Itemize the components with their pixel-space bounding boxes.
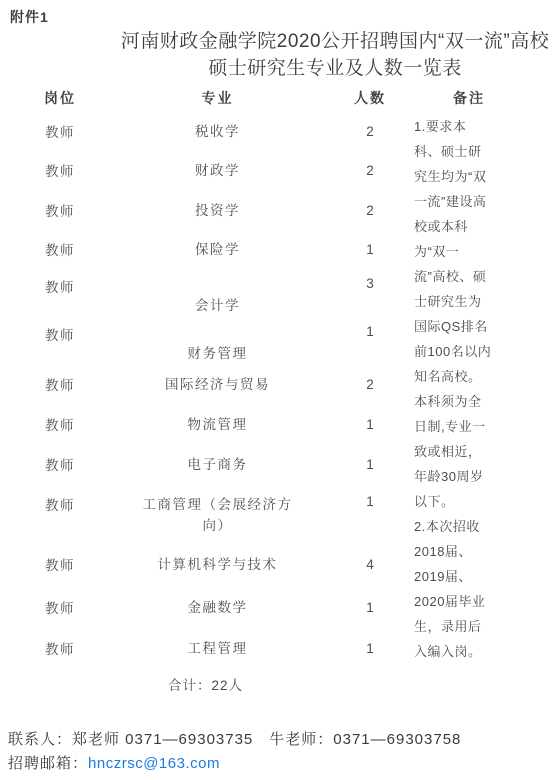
major-cell: 财政学 [120, 150, 315, 190]
count-cell: 2 [315, 112, 425, 150]
attachment-label: 附件1 [10, 7, 49, 27]
major-cell: 会计学 [120, 268, 315, 316]
table-header-row: 岗位 专业 人数 备注 [0, 84, 560, 112]
major-cell: 工商管理（会展经济方 向） [120, 484, 315, 542]
major-cell: 工程管理 [120, 628, 315, 668]
total-label: 合计：22人 [168, 674, 243, 694]
position-cell: 教师 [0, 404, 120, 444]
major-cell: 物流管理 [120, 404, 315, 444]
major-cell: 电子商务 [120, 444, 315, 484]
count-cell: 2 [315, 150, 425, 190]
count-cell: 1 [315, 586, 425, 628]
count-cell: 3 [315, 268, 425, 316]
count-cell: 1 [315, 628, 425, 668]
count-cell: 2 [315, 190, 425, 230]
count-cell: 1 [315, 230, 425, 268]
position-cell: 教师 [0, 364, 120, 404]
position-cell: 教师 [0, 586, 120, 628]
position-cell: 教师 [0, 268, 120, 316]
position-cell: 教师 [0, 150, 120, 190]
position-cell: 教师 [0, 190, 120, 230]
position-cell: 教师 [0, 444, 120, 484]
major-cell: 保险学 [120, 230, 315, 268]
header-count: 人数 [315, 84, 425, 112]
email-label: 招聘邮箱： [8, 755, 88, 772]
major-cell: 财务管理 [120, 316, 315, 364]
count-cell: 2 [315, 364, 425, 404]
position-cell: 教师 [0, 484, 120, 542]
major-cell: 金融数学 [120, 586, 315, 628]
count-cell: 4 [315, 542, 425, 586]
remarks-column: 1.要求本 科、硕士研 究生均为“双 一流”建设高 校或本科 为“双一 流”高校… [414, 114, 542, 664]
email-link[interactable]: hnczrsc@163.com [88, 755, 220, 772]
count-cell: 1 [315, 316, 425, 364]
major-cell: 国际经济与贸易 [120, 364, 315, 404]
position-cell: 教师 [0, 628, 120, 668]
count-cell: 1 [315, 484, 425, 542]
email-line: 招聘邮箱：hnczrsc@163.com [8, 752, 556, 776]
document-page: 附件1 河南财政金融学院2020公开招聘国内“双一流”高校 硕士研究生专业及人数… [0, 0, 560, 780]
major-cell: 计算机科学与技术 [120, 542, 315, 586]
position-cell: 教师 [0, 316, 120, 364]
contact-line: 联系人：郑老师 0371—69303735 牛老师：0371—69303758 [8, 728, 556, 752]
title-line-2: 硕士研究生专业及人数一览表 [110, 55, 560, 82]
header-remark: 备注 [425, 84, 513, 112]
count-cell: 1 [315, 404, 425, 444]
total-row: 合计：22人 [0, 668, 560, 700]
position-cell: 教师 [0, 542, 120, 586]
header-position: 岗位 [0, 84, 120, 112]
major-cell: 税收学 [120, 112, 315, 150]
major-cell: 投资学 [120, 190, 315, 230]
title-line-1: 河南财政金融学院2020公开招聘国内“双一流”高校 [110, 28, 560, 55]
contact-footer: 联系人：郑老师 0371—69303735 牛老师：0371—69303758 … [8, 728, 556, 776]
position-cell: 教师 [0, 230, 120, 268]
document-title: 河南财政金融学院2020公开招聘国内“双一流”高校 硕士研究生专业及人数一览表 [0, 28, 560, 82]
position-cell: 教师 [0, 112, 120, 150]
count-cell: 1 [315, 444, 425, 484]
header-major: 专业 [120, 84, 315, 112]
